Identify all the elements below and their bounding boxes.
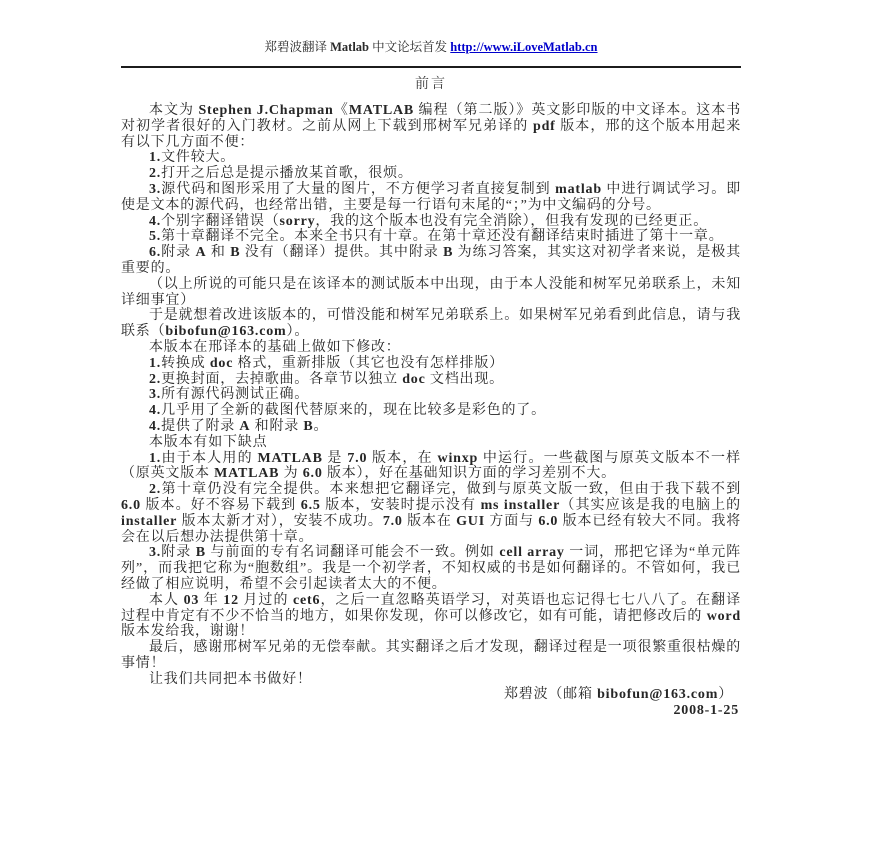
document-page: 郑碧波翻译 Matlab 中文论坛首发 http://www.iLoveMatl… (121, 40, 741, 719)
paragraph: 4.几乎用了全新的截图代替原来的，现在比较多是彩色的了。 (121, 403, 741, 419)
page-title: 前言 (121, 77, 741, 93)
paragraph: 本版本在邢译本的基础上做如下修改： (121, 340, 741, 356)
paragraph: 2.更换封面，去掉歌曲。各章节以独立 doc 文档出现。 (121, 372, 741, 388)
page-header: 郑碧波翻译 Matlab 中文论坛首发 http://www.iLoveMatl… (121, 40, 741, 55)
paragraph: 4.个别字翻译错误（sorry，我的这个版本也没有完全消除），但我有发现的已经更… (121, 214, 741, 230)
paragraph: 1.文件较大。 (121, 150, 741, 166)
paragraph: 于是就想着改进该版本的，可惜没能和树军兄弟联系上。如果树军兄弟看到此信息，请与我… (121, 308, 741, 340)
paragraph: （以上所说的可能只是在该译本的测试版本中出现，由于本人没能和树军兄弟联系上，未知… (121, 277, 741, 309)
header-forum-text: 中文论坛首发 (369, 40, 450, 54)
signature-line: 郑碧波（邮箱 bibofun@163.com） (121, 687, 741, 703)
paragraph: 让我们共同把本书做好！ (121, 672, 741, 688)
paragraph: 6.附录 A 和 B 没有（翻译）提供。其中附录 B 为练习答案，其实这对初学者… (121, 245, 741, 277)
paragraph: 3.源代码和图形采用了大量的图片，不方便学习者直接复制到 matlab 中进行调… (121, 182, 741, 214)
document-body: 本文为 Stephen J.Chapman《MATLAB 编程（第二版）》英文影… (121, 103, 741, 687)
paragraph: 本人 03 年 12 月过的 cet6，之后一直忽略英语学习，对英语也忘记得七七… (121, 593, 741, 640)
paragraph: 本版本有如下缺点 (121, 435, 741, 451)
paragraph: 4.提供了附录 A 和附录 B。 (121, 419, 741, 435)
header-translator-text: 郑碧波翻译 (264, 40, 330, 54)
paragraph: 3.附录 B 与前面的专有名词翻译可能会不一致。例如 cell array 一词… (121, 545, 741, 592)
date-line: 2008-1-25 (121, 703, 741, 719)
paragraph: 2.第十章仍没有完全提供。本来想把它翻译完，做到与原英文版一致，但由于我下载不到… (121, 482, 741, 545)
paragraph: 本文为 Stephen J.Chapman《MATLAB 编程（第二版）》英文影… (121, 103, 741, 150)
paragraph: 最后，感谢邢树军兄弟的无偿奉献。其实翻译之后才发现，翻译过程是一项很繁重很枯燥的… (121, 640, 741, 672)
paragraph: 3.所有源代码测试正确。 (121, 387, 741, 403)
paragraph: 5.第十章翻译不完全。本来全书只有十章。在第十章还没有翻译结束时插进了第十一章。 (121, 229, 741, 245)
header-rule-divider (121, 66, 741, 68)
paragraph: 1.由于本人用的 MATLAB 是 7.0 版本，在 winxp 中运行。一些截… (121, 451, 741, 483)
header-url-link[interactable]: http://www.iLoveMatlab.cn (450, 40, 597, 54)
header-brand-text: Matlab (330, 40, 369, 54)
paragraph: 2.打开之后总是提示播放某首歌，很烦。 (121, 166, 741, 182)
paragraph: 1.转换成 doc 格式，重新排版（其它也没有怎样排版） (121, 356, 741, 372)
